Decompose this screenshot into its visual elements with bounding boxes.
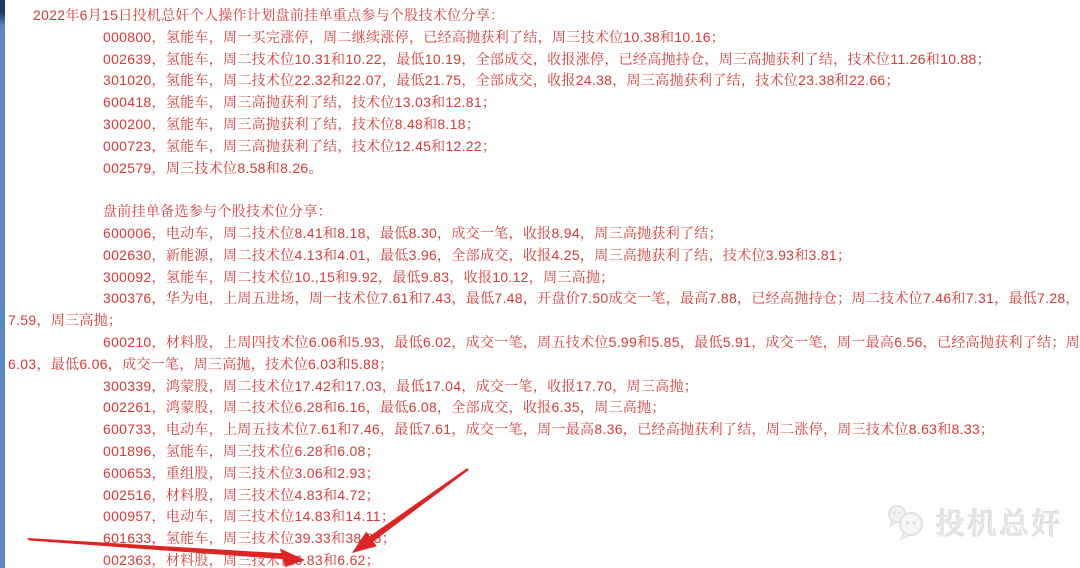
text-line: 6.03，最低6.06，成交一笔，周三高抛，技术位6.03和5.88； [8,354,1080,376]
text-line: 002639，氢能车，周二技术位10.31和10.22，最低10.19，全部成交… [8,49,1080,71]
text-line: 600006，电动车，周二技术位8.41和8.18，最低8.30，成交一笔，收报… [8,223,1080,245]
text-line: 300339，鸿蒙股，周二技术位17.42和17.03，最低17.04，成交一笔… [8,376,1080,398]
wechat-logo-icon [884,502,930,542]
text-line: 300200，氢能车，周三高抛获利了结，技术位8.48和8.18； [8,114,1080,136]
text-line: 2022年6月15日投机总奸个人操作计划盘前挂单重点参与个股技术位分享： [8,5,1080,27]
text-line: 001896，氢能车，周三技术位6.28和6.08； [8,441,1080,463]
text-line: 002579，周三技术位8.58和8.26。 [8,158,1080,180]
text-line: 002261，鸿蒙股，周二技术位6.28和6.16，最低6.08，全部成交，收报… [8,397,1080,419]
text-line: 盘前挂单备选参与个股技术位分享： [8,201,1080,223]
text-line: 600210，材料股，上周四技术位6.06和5.93，最低6.02，成交一笔，周… [8,332,1080,354]
text-line: 600733，电动车，上周五技术位7.61和7.46，最低7.61，成交一笔，周… [8,419,1080,441]
watermark-text: 投机总奸 [936,502,1064,543]
text-line: 300092，氢能车，周二技术位10.,15和9.92，最低9.83，收报10.… [8,267,1080,289]
text-line: 600653，重组股，周三技术位3.06和2.93； [8,463,1080,485]
text-line: 301020，氢能车，周二技术位22.32和22.07，最低21.75，全部成交… [8,70,1080,92]
text-line: 000800，氢能车，周一买完涨停，周二继续涨停，已经高抛获利了结，周三技术位1… [8,27,1080,49]
text-line [8,179,1080,201]
document-lines: 2022年6月15日投机总奸个人操作计划盘前挂单重点参与个股技术位分享：0008… [8,5,1080,568]
text-line: 7.59，周三高抛； [8,310,1080,332]
text-line: 300376，华为电，上周五进场，周一技术位7.61和7.43，最低7.48，开… [8,288,1080,310]
left-border-strip [0,0,5,568]
text-line: 002630，新能源，周二技术位4.13和4.01，最低3.96，全部成交，收报… [8,245,1080,267]
text-line: 600418，氢能车，周三高抛获利了结，技术位13.03和12.81； [8,92,1080,114]
text-line: 002363，材料股，周三技术位6.83和6.62； [8,550,1080,568]
text-line: 000723，氢能车，周三高抛获利了结，技术位12.45和12.22； [8,136,1080,158]
watermark: 投机总奸 [884,496,1064,548]
